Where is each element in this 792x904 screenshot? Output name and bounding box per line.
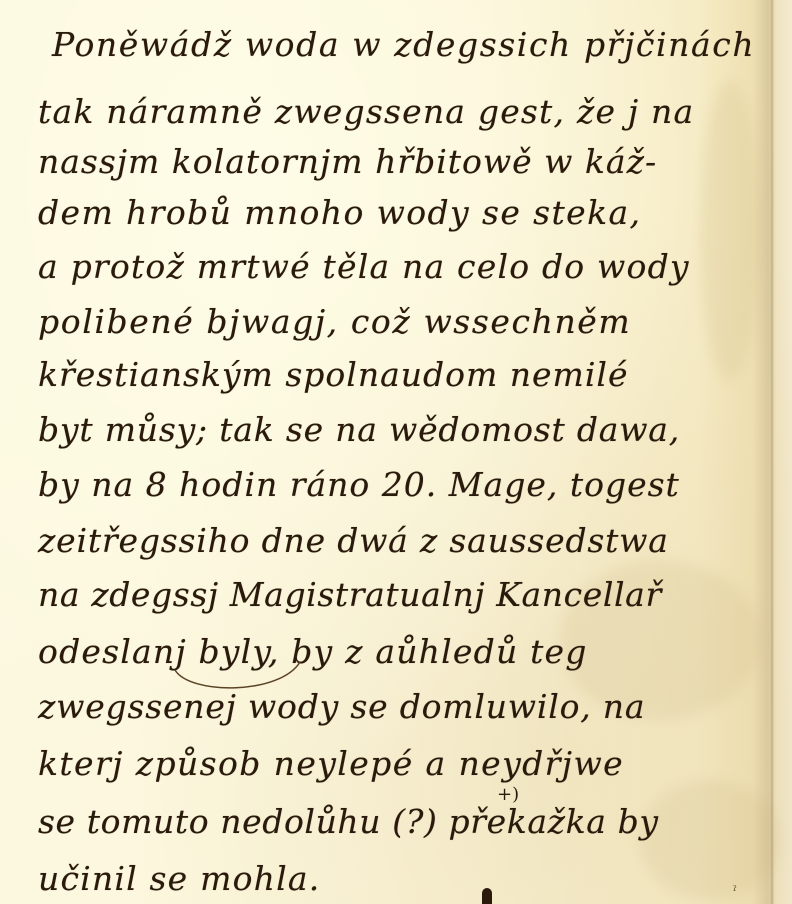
next-line-mark: ˀ: [733, 884, 737, 900]
text-line-10: zeitřegssiho dne dwá z saussedstwa: [38, 524, 669, 557]
text-line-13: zwegssenej wody se domluwilo, na: [38, 690, 645, 723]
text-line-11: na zdegssj Magistratualnj Kancellař: [38, 578, 662, 611]
text-line-2: tak náramně zwegssena gest, že j na: [38, 95, 694, 128]
text-line-4: dem hrobů mnoho wody se steka,: [38, 196, 641, 229]
paper-stain: [700, 80, 760, 380]
manuscript-page: Poněwádž woda w zdegssich přjčinách tak …: [0, 0, 792, 904]
text-line-8: byt můsy; tak se na wědomost dawa,: [38, 413, 680, 446]
next-line-ink-fragment: [482, 888, 492, 904]
text-line-16: učinil se mohla.: [38, 862, 320, 895]
page-edge-shadow: [770, 0, 774, 904]
underline-swash-icon: [170, 650, 310, 695]
text-line-6: polibené bjwagj, což wssechněm: [38, 305, 631, 338]
text-line-1: Poněwádž woda w zdegssich přjčinách: [52, 28, 755, 61]
text-line-5: a protož mrtwé těla na celo do wody: [38, 250, 690, 283]
text-line-15: se tomuto nedolůhu (?) překažka by: [38, 805, 659, 838]
text-line-9: by na 8 hodin ráno 20. Mage, togest: [38, 468, 680, 501]
text-line-14: kterj způsob neylepé a neydřjwe: [38, 747, 624, 780]
text-line-3: nassjm kolatornjm hřbitowě w káž-: [38, 145, 657, 178]
paper-stain: [640, 780, 780, 900]
text-line-7: křestianským spolnaudom nemilé: [38, 358, 628, 391]
text-line-12: odeslanj byly, by z aůhledů teg: [38, 635, 588, 668]
annotation-mark: +): [497, 784, 519, 805]
